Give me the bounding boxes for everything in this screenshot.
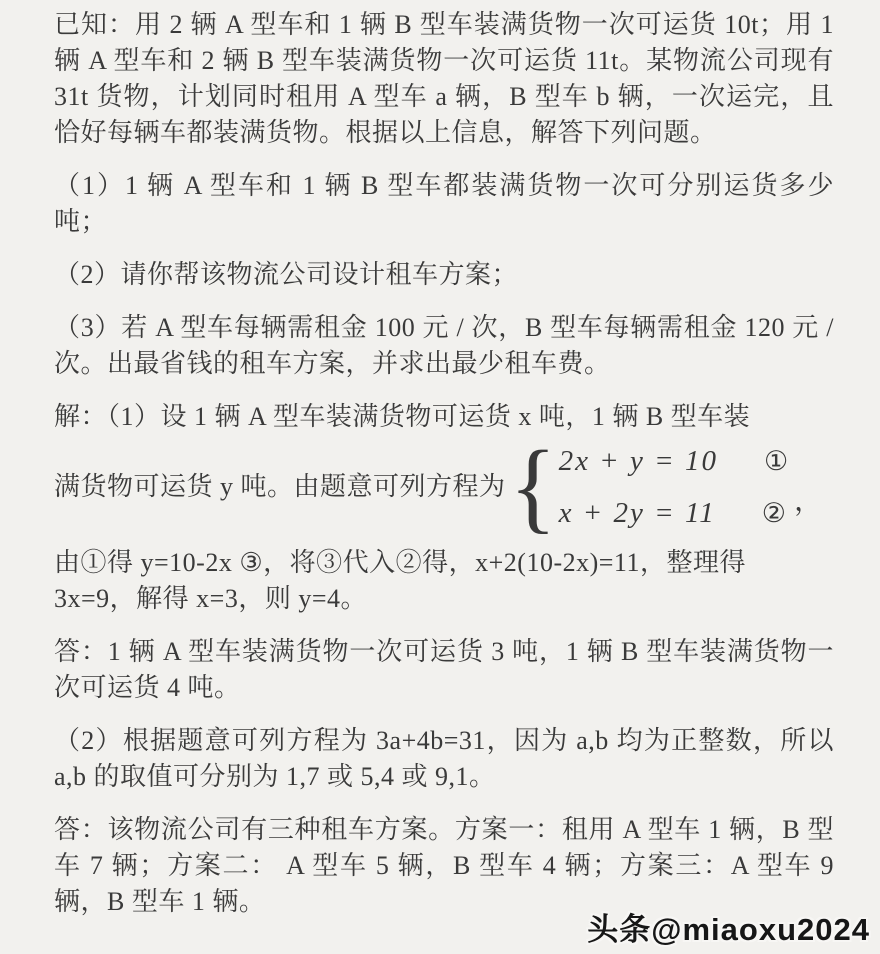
solution-part1-answer: 答：1 辆 A 型车装满货物一次可运货 3 吨，1 辆 B 型车装满货物一次可运… bbox=[54, 634, 834, 706]
solution-part1: 解：（1）设 1 辆 A 型车装满货物可运货 x 吨，1 辆 B 型车装 满货物… bbox=[54, 399, 834, 617]
equation-2-row: x + 2y = 11 ② bbox=[559, 491, 789, 535]
equation-column: 2x + y = 10 ① x + 2y = 11 ② bbox=[559, 437, 789, 537]
solution-part2-work: （2）根据题意可列方程为 3a+4b=31，因为 a,b 均为正整数，所以 a,… bbox=[54, 723, 834, 795]
solution-part1-work-line1: 由①得 y=10-2x ③，将③代入②得，x+2(10-2x)=11，整理得 bbox=[54, 545, 834, 581]
solution-part1-work-line2: 3x=9，解得 x=3，则 y=4。 bbox=[54, 581, 834, 617]
solution-part1-intro-line1: 解：（1）设 1 辆 A 型车装满货物可运货 x 吨，1 辆 B 型车装 bbox=[54, 399, 834, 435]
question-3: （3）若 A 型车每辆需租金 100 元 / 次，B 型车每辆需租金 120 元… bbox=[54, 310, 834, 382]
solution-part2-answer: 答：该物流公司有三种租车方案。方案一：租用 A 型车 1 辆，B 型车 7 辆；… bbox=[54, 812, 834, 920]
question-1: （1）1 辆 A 型车和 1 辆 B 型车都装满货物一次可分别运货多少吨； bbox=[54, 168, 834, 240]
equation-lead-text: 满货物可运货 y 吨。由题意可列方程为 bbox=[54, 469, 506, 505]
equation-2: x + 2y = 11 bbox=[559, 491, 716, 535]
equation-2-label: ② bbox=[762, 491, 786, 535]
equation-1-row: 2x + y = 10 ① bbox=[559, 439, 789, 483]
equation-trailing-comma: ， bbox=[794, 484, 822, 520]
left-brace: { bbox=[510, 440, 557, 534]
question-2: （2）请你帮该物流公司设计租车方案； bbox=[54, 257, 834, 293]
watermark: 头条@miaoxu2024 bbox=[587, 912, 870, 948]
equation-1: 2x + y = 10 bbox=[559, 439, 718, 483]
problem-statement: 已知：用 2 辆 A 型车和 1 辆 B 型车装满货物一次可运货 10t；用 1… bbox=[54, 7, 834, 151]
equation-1-label: ① bbox=[764, 439, 788, 483]
document-page: 已知：用 2 辆 A 型车和 1 辆 B 型车装满货物一次可运货 10t；用 1… bbox=[0, 0, 880, 954]
equation-system: 满货物可运货 y 吨。由题意可列方程为 { 2x + y = 10 ① x + … bbox=[54, 437, 834, 537]
